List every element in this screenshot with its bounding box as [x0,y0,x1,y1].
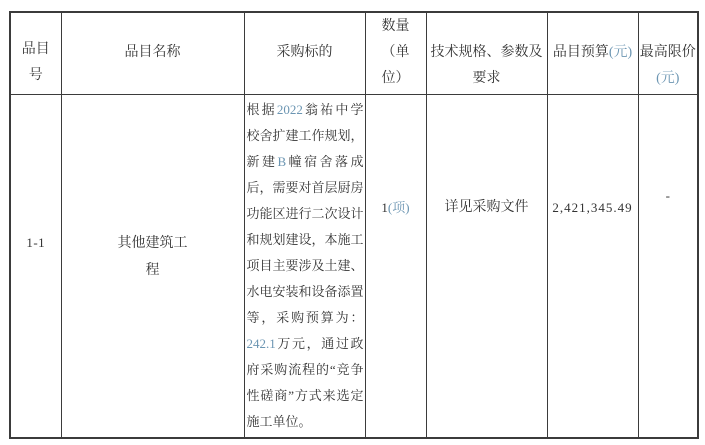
column-header-subject: 采购标的 [244,12,365,94]
table-row: 1-1 其他建筑工 程 根据2022翁祐中学校舍扩建工作规划，新建B幢宿舍落成后… [10,94,698,438]
max-price-cell: - [638,94,698,438]
procurement-subject-cell: 根据2022翁祐中学校舍扩建工作规划，新建B幢宿舍落成后，需要对首层厨房功能区进… [244,94,365,438]
procurement-items-table: 品目 号 品目名称 采购标的 数量 （单 位） 技术规格、参数及 要求 品目预算… [9,11,699,439]
tech-specs-cell: 详见采购文件 [426,94,547,438]
column-header-item-no: 品目 号 [10,12,61,94]
column-header-quantity-unit: 数量 （单 位） [365,12,426,94]
table-header-row: 品目 号 品目名称 采购标的 数量 （单 位） 技术规格、参数及 要求 品目预算… [10,12,698,94]
quantity-unit-cell: 1(项) [365,94,426,438]
item-no-cell: 1-1 [10,94,61,438]
column-header-item-name: 品目名称 [61,12,244,94]
column-header-specs: 技术规格、参数及 要求 [426,12,547,94]
document-page: 品目 号 品目名称 采购标的 数量 （单 位） 技术规格、参数及 要求 品目预算… [0,0,705,445]
column-header-max-price: 最高限价 (元) [638,12,698,94]
budget-cell: 2,421,345.49 [547,94,638,438]
item-name-cell: 其他建筑工 程 [61,94,244,438]
column-header-budget: 品目预算(元) [547,12,638,94]
